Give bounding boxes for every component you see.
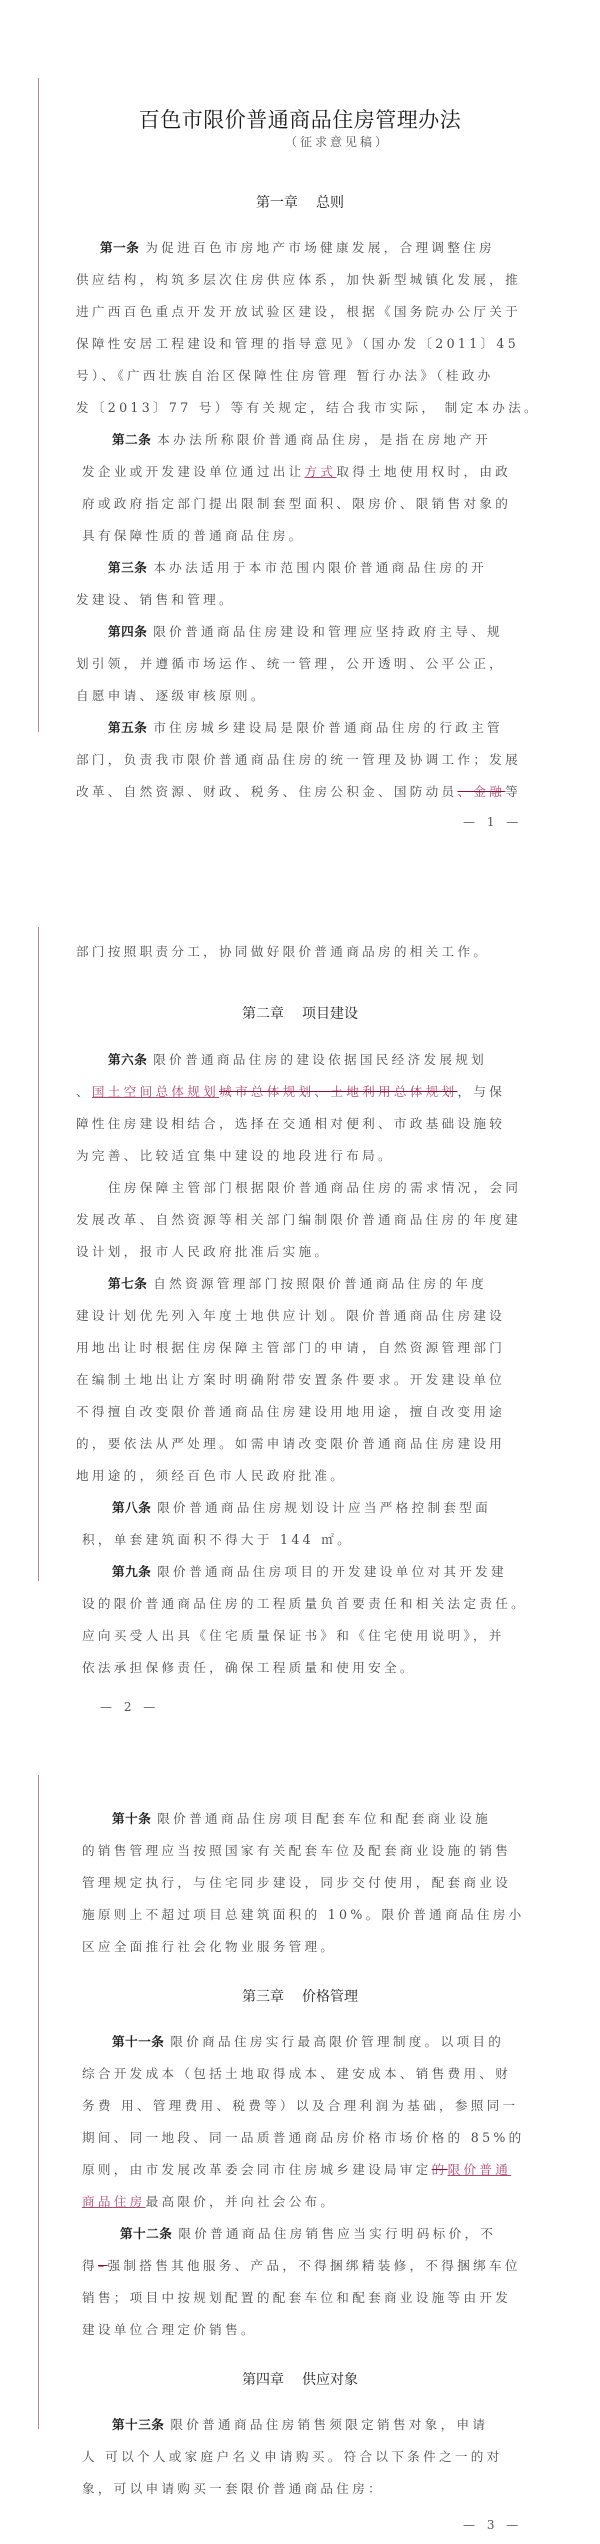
tracked-deletion: 、金融 bbox=[457, 784, 505, 799]
text-line: 原则，由市发展改革委会同市住房城乡建设局审定的限价普通 bbox=[82, 2161, 534, 2179]
article-label: 第六条 bbox=[108, 1052, 147, 1067]
text-line: 象，可以申请购买一套限价普通商品住房： bbox=[82, 2480, 534, 2498]
chapter-name: 供应对象 bbox=[302, 2372, 358, 2388]
text: ，与保 bbox=[457, 1084, 505, 1099]
text-line: 务费 用、管理费用、税费等）以及合理利润为基础，参照同一 bbox=[82, 2097, 534, 2115]
text: 自然资源管理部门按照限价普通商品住房的年度 bbox=[153, 1276, 487, 1291]
text: 改革、自然资源、财政、税务、住房公积金、国防动员 bbox=[76, 784, 457, 799]
article-label: 第四条 bbox=[108, 624, 147, 639]
document-subtitle: （征求意见稿） bbox=[285, 133, 390, 150]
text-line: 用地出让时根据住房保障主管部门的申请，自然资源管理部门 bbox=[76, 1339, 528, 1357]
chapter-heading: 第三章价格管理 bbox=[0, 1986, 600, 2006]
text-line: 发企业或开发建设单位通过出让方式取得土地使用权时，由政 bbox=[82, 463, 534, 481]
text-line: 进广西百色重点开发开放试验区建设，根据《国务院办公厅关于 bbox=[76, 303, 528, 321]
article-label: 第一条 bbox=[100, 240, 139, 255]
article-13: 第十三条限价普通商品住房销售须限定销售对象，申请 bbox=[112, 2416, 564, 2434]
article-label: 第十一条 bbox=[112, 2034, 164, 2049]
text-line: 在编制土地出让方案时明确附带安置条件要求。开发建设单位 bbox=[76, 1371, 528, 1389]
revision-bar bbox=[38, 927, 39, 1581]
text-line: 销售；项目中按规划配置的配套车位和配套商业设施等由开发 bbox=[82, 2289, 534, 2307]
article-label: 第十三条 bbox=[112, 2417, 164, 2432]
text-line: 供应结构，构筑多层次住房供应体系，加快新型城镇化发展，推 bbox=[76, 271, 528, 289]
chapter-number: 第一章 bbox=[256, 195, 298, 211]
text: 本办法所称限价普通商品住房，是指在房地产开 bbox=[157, 432, 491, 447]
text-line: 施原则上不超过项目总建筑面积的 10%。限价普通商品住房小 bbox=[82, 1906, 534, 1924]
page-number: — 2 — bbox=[100, 1700, 159, 1714]
text-line: 人 可以个人或家庭户名义申请购买。符合以下条件之一的对 bbox=[82, 2448, 534, 2466]
article-12: 第十二条限价普通商品住房销售应当实行明码标价，不 bbox=[120, 2225, 572, 2243]
text: 限价商品住房实行最高限价管理制度。以项目的 bbox=[170, 2034, 504, 2049]
text: 最高限价，并向社会公布。 bbox=[146, 2194, 337, 2209]
text: 本办法适用于本市范围内限价普通商品住房的开 bbox=[153, 560, 487, 575]
article-2: 第二条本办法所称限价普通商品住房，是指在房地产开 bbox=[112, 431, 564, 449]
text: 限价普通商品住房建设和管理应坚持政府主导、规 bbox=[153, 624, 503, 639]
article-7: 第七条自然资源管理部门按照限价普通商品住房的年度 bbox=[108, 1275, 560, 1293]
text-line: 建设单位合理定价销售。 bbox=[82, 2321, 534, 2339]
text-line: 府或政府指定部门提出限制套型面积、限房价、限销售对象的 bbox=[82, 495, 534, 513]
revision-bar bbox=[38, 78, 39, 732]
text-line: 部门按照职责分工，协同做好限价普通商品房的相关工作。 bbox=[76, 943, 528, 961]
text: 市住房城乡建设局是限价普通商品住房的行政主管 bbox=[153, 720, 503, 735]
text-line: 综合开发成本（包括土地取得成本、建安成本、销售费用、财 bbox=[82, 2065, 534, 2083]
text: 得 bbox=[82, 2258, 98, 2273]
article-label: 第十条 bbox=[112, 1811, 151, 1826]
article-label: 第三条 bbox=[108, 560, 147, 575]
text: 原则，由市发展改革委会同市住房城乡建设局审定 bbox=[82, 2162, 432, 2177]
revision-bar bbox=[38, 1775, 39, 2429]
tracked-insertion: 国土空间总体规划 bbox=[92, 1084, 219, 1099]
article-label: 第九条 bbox=[112, 1564, 151, 1579]
chapter-number: 第三章 bbox=[242, 1989, 284, 2005]
text-line: 为完善、比较适宜集中建设的地段进行布局。 bbox=[76, 1147, 528, 1165]
text-line: 应向买受人出具《住宅质量保证书》和《住宅使用说明》，并 bbox=[82, 1627, 534, 1645]
text-line: 管理规定执行，与住宅同步建设，同步交付使用，配套商业设 bbox=[82, 1874, 534, 1892]
text-line: 设的限价普通商品住房的工程质量负首要责任和相关法定责任。 bbox=[82, 1595, 534, 1613]
text-line: 部门，负责我市限价普通商品住房的统一管理及协调工作；发展 bbox=[76, 751, 528, 769]
text: 强制搭售其他服务、产品，不得捆绑精装修，不得捆绑车位 bbox=[108, 2258, 521, 2273]
text: 限价普通商品住房项目的开发建设单位对其开发建 bbox=[157, 1564, 507, 1579]
text-line: 保障性安居工程建设和管理的指导意见》（国办发〔2011〕45 bbox=[76, 335, 528, 353]
text: 发企业或开发建设单位通过出让 bbox=[82, 464, 305, 479]
tracked-deletion: 的 bbox=[432, 2162, 448, 2177]
text-line: 期间、同一地段、同一品质普通商品房价格市场价格的 85%的 bbox=[82, 2129, 534, 2147]
chapter-heading: 第一章总则 bbox=[0, 192, 600, 212]
text-line: 住房保障主管部门根据限价普通商品住房的需求情况，会同 bbox=[108, 1179, 560, 1197]
article-label: 第五条 bbox=[108, 720, 147, 735]
text-line: 发〔2013〕77 号）等有关规定，结合我市实际， 制定本办法。 bbox=[76, 399, 528, 417]
text-line: 商品住房最高限价，并向社会公布。 bbox=[82, 2193, 534, 2211]
page-number: — 3 — bbox=[463, 2518, 522, 2532]
article-label: 第十二条 bbox=[120, 2226, 172, 2241]
text: 限价普通商品住房销售须限定销售对象，申请 bbox=[170, 2417, 488, 2432]
chapter-number: 第四章 bbox=[242, 2372, 284, 2388]
article-3: 第三条本办法适用于本市范围内限价普通商品住房的开 bbox=[108, 559, 560, 577]
page-number: — 1 — bbox=[463, 815, 522, 829]
text: 等 bbox=[505, 784, 521, 799]
text-line: 障性住房建设相结合，选择在交通相对便利、市政基础设施较 bbox=[76, 1115, 528, 1133]
tracked-insertion: 方式 bbox=[305, 464, 337, 479]
text: 取得土地使用权时，由政 bbox=[336, 464, 511, 479]
tracked-insertion: 限价普通 bbox=[448, 2162, 512, 2177]
text-line: 积，单套建筑面积不得大于 144 ㎡。 bbox=[82, 1531, 534, 1549]
text-line: 具有保障性质的普通商品住房。 bbox=[82, 527, 534, 545]
text-line: 发展改革、自然资源等相关部门编制限价普通商品住房的年度建 bbox=[76, 1211, 528, 1229]
text: 限价普通商品住房销售应当实行明码标价，不 bbox=[178, 2226, 496, 2241]
text-line: 地用途的，须经百色市人民政府批准。 bbox=[76, 1467, 528, 1485]
article-5: 第五条市住房城乡建设局是限价普通商品住房的行政主管 bbox=[108, 719, 560, 737]
text-line: 区应全面推行社会化物业服务管理。 bbox=[82, 1938, 534, 1956]
chapter-number: 第二章 bbox=[242, 1006, 284, 1022]
chapter-heading: 第二章项目建设 bbox=[0, 1003, 600, 1023]
article-6: 第六条限价普通商品住房的建设依据国民经济发展规划 bbox=[108, 1051, 560, 1069]
text-line: 划引领，并遵循市场运作、统一管理，公开透明、公平公正， bbox=[76, 655, 528, 673]
text-line: 自愿申请、逐级审核原则。 bbox=[76, 687, 528, 705]
article-10: 第十条限价普通商品住房项目配套车位和配套商业设施 bbox=[112, 1810, 564, 1828]
text-line: 的，要依法从严处理。如需申请改变限价普通商品住房建设用 bbox=[76, 1435, 528, 1453]
article-9: 第九条限价普通商品住房项目的开发建设单位对其开发建 bbox=[112, 1563, 564, 1581]
article-label: 第七条 bbox=[108, 1276, 147, 1291]
text-line: 发建设、销售和管理。 bbox=[76, 591, 528, 609]
text: 限价普通商品住房的建设依据国民经济发展规划 bbox=[153, 1052, 487, 1067]
text-line: 依法承担保修责任，确保工程质量和使用安全。 bbox=[82, 1659, 534, 1677]
text: 限价普通商品住房项目配套车位和配套商业设施 bbox=[157, 1811, 491, 1826]
tracked-deletion: 城市总体规划、土地利用总体规划 bbox=[219, 1084, 457, 1099]
tracked-deletion: – bbox=[98, 2258, 108, 2273]
text-line: 改革、自然资源、财政、税务、住房公积金、国防动员、金融等 bbox=[76, 783, 528, 801]
text-line: 、国土空间总体规划城市总体规划、土地利用总体规划，与保 bbox=[76, 1083, 528, 1101]
chapter-name: 价格管理 bbox=[302, 1989, 358, 2005]
article-label: 第八条 bbox=[112, 1500, 151, 1515]
document-title: 百色市限价普通商品住房管理办法 bbox=[0, 104, 600, 134]
chapter-name: 项目建设 bbox=[302, 1006, 358, 1022]
text: 为促进百色市房地产市场健康发展，合理调整住房 bbox=[145, 240, 495, 255]
article-11: 第十一条限价商品住房实行最高限价管理制度。以项目的 bbox=[112, 2033, 564, 2051]
article-8: 第八条限价普通商品住房规划设计应当严格控制套型面 bbox=[112, 1499, 564, 1517]
chapter-name: 总则 bbox=[316, 195, 344, 211]
text-line: 号）、《广西壮族自治区保障性住房管理 暂行办法》（桂政办 bbox=[76, 367, 528, 385]
text: 、 bbox=[76, 1084, 92, 1099]
article-1: 第一条为促进百色市房地产市场健康发展，合理调整住房 bbox=[100, 239, 552, 257]
chapter-heading: 第四章供应对象 bbox=[0, 2369, 600, 2389]
article-4: 第四条限价普通商品住房建设和管理应坚持政府主导、规 bbox=[108, 623, 560, 641]
text-line: 设计划，报市人民政府批准后实施。 bbox=[76, 1243, 528, 1261]
text-line: 的销售管理应当按照国家有关配套车位及配套商业设施的销售 bbox=[82, 1842, 534, 1860]
tracked-insertion: 商品住房 bbox=[82, 2194, 146, 2209]
text-line: 得–强制搭售其他服务、产品，不得捆绑精装修，不得捆绑车位 bbox=[82, 2257, 534, 2275]
text-line: 不得擅自改变限价普通商品住房建设用地用途，擅自改变用途 bbox=[76, 1403, 528, 1421]
text-line: 建设计划优先列入年度土地供应计划。限价普通商品住房建设 bbox=[76, 1307, 528, 1325]
article-label: 第二条 bbox=[112, 432, 151, 447]
text: 限价普通商品住房规划设计应当严格控制套型面 bbox=[157, 1500, 491, 1515]
